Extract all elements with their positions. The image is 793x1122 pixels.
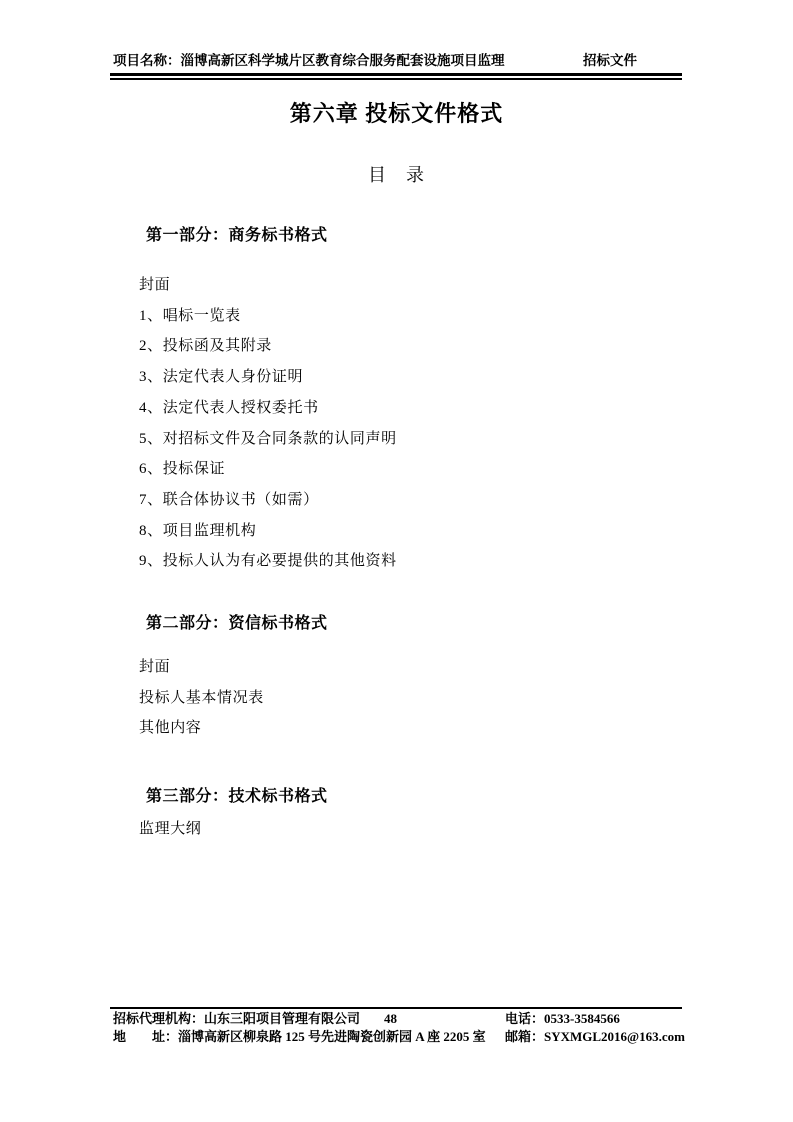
document-page: 项目名称：淄博高新区科学城片区教育综合服务配套设施项目监理 招标文件 第六章 投… bbox=[0, 0, 793, 1122]
footer-phone: 电话：0533-3584566 bbox=[505, 1011, 620, 1027]
page-header: 项目名称：淄博高新区科学城片区教育综合服务配套设施项目监理 招标文件 bbox=[113, 49, 681, 69]
footer-rule bbox=[110, 1007, 682, 1009]
section-heading-technical-bid: 第三部分：技术标书格式 bbox=[146, 783, 328, 806]
toc-item-supervision-outline: 监理大纲 bbox=[139, 814, 201, 845]
toc-item-bid-opening-list: 1、唱标一览表 bbox=[139, 301, 397, 332]
footer-address: 地 址：淄博高新区柳泉路 125 号先进陶瓷创新园 A 座 2205 室 bbox=[113, 1029, 486, 1045]
header-doc-type: 招标文件 bbox=[583, 49, 637, 69]
toc-title: 目 录 bbox=[0, 161, 793, 187]
footer-agency: 招标代理机构：山东三阳项目管理有限公司 bbox=[113, 1011, 360, 1027]
footer-page-number: 48 bbox=[384, 1011, 397, 1027]
toc-item-consortium-agreement: 7、联合体协议书（如需） bbox=[139, 485, 397, 516]
toc-list-credit-bid: 封面 投标人基本情况表 其他内容 bbox=[139, 652, 264, 744]
toc-item-cover: 封面 bbox=[139, 270, 397, 301]
footer-email: 邮箱：SYXMGL2016@163.com bbox=[505, 1029, 685, 1045]
toc-item-bid-letter: 2、投标函及其附录 bbox=[139, 331, 397, 362]
toc-list-commercial-bid: 封面 1、唱标一览表 2、投标函及其附录 3、法定代表人身份证明 4、法定代表人… bbox=[139, 270, 397, 577]
toc-item-other-materials: 9、投标人认为有必要提供的其他资料 bbox=[139, 546, 397, 577]
toc-item-cover-2: 封面 bbox=[139, 652, 264, 683]
toc-item-other-content: 其他内容 bbox=[139, 713, 264, 744]
section-heading-commercial-bid: 第一部分：商务标书格式 bbox=[146, 222, 328, 245]
chapter-title: 第六章 投标文件格式 bbox=[0, 97, 793, 128]
toc-item-agreement-statement: 5、对招标文件及合同条款的认同声明 bbox=[139, 424, 397, 455]
toc-item-legal-rep-id: 3、法定代表人身份证明 bbox=[139, 362, 397, 393]
section-heading-credit-bid: 第二部分：资信标书格式 bbox=[146, 610, 328, 633]
toc-item-bid-guarantee: 6、投标保证 bbox=[139, 454, 397, 485]
header-double-rule bbox=[110, 73, 682, 80]
header-project-name: 项目名称：淄博高新区科学城片区教育综合服务配套设施项目监理 bbox=[113, 49, 505, 69]
toc-item-supervision-org: 8、项目监理机构 bbox=[139, 516, 397, 547]
toc-list-technical-bid: 监理大纲 bbox=[139, 814, 201, 845]
toc-item-power-of-attorney: 4、法定代表人授权委托书 bbox=[139, 393, 397, 424]
toc-item-bidder-basic-info: 投标人基本情况表 bbox=[139, 683, 264, 714]
